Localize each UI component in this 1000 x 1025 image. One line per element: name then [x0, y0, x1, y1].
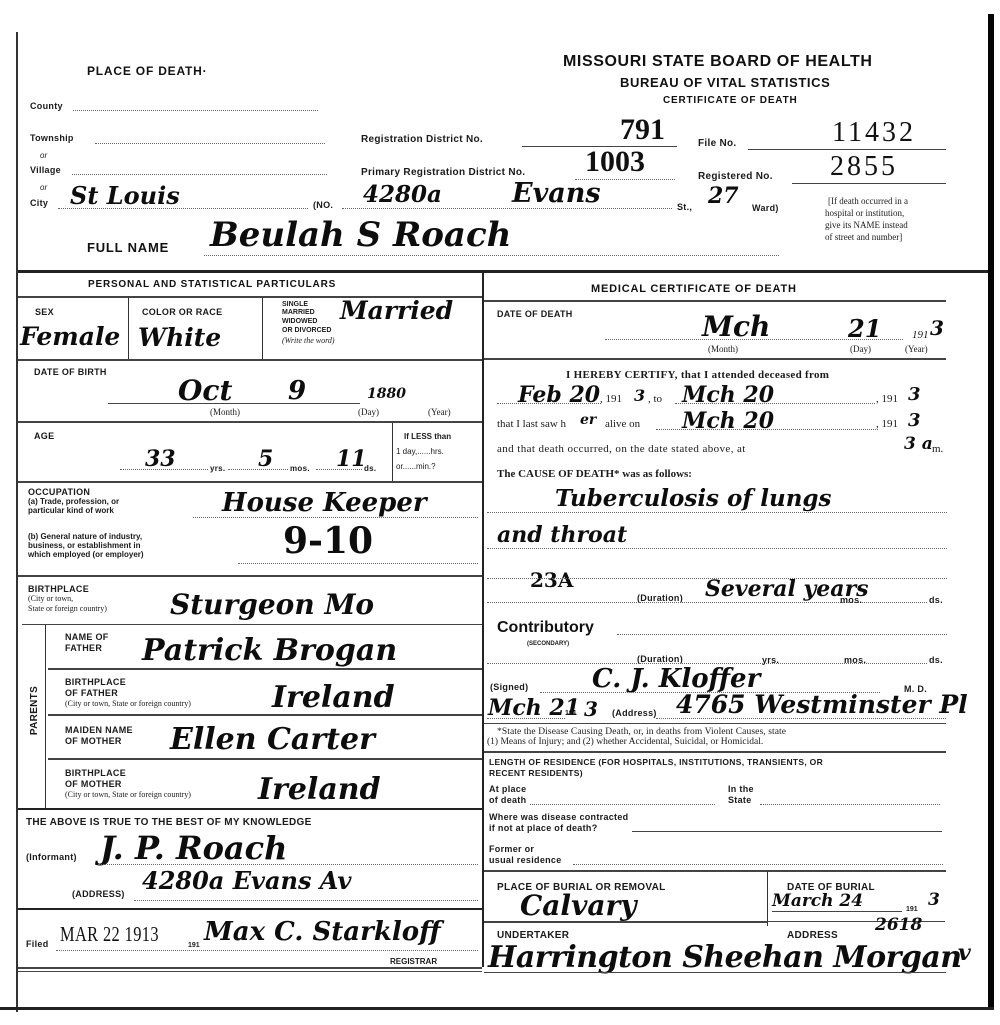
certify-statement: I HEREBY CERTIFY, that I attended deceas… [566, 369, 829, 381]
medical-rule-4 [484, 870, 946, 872]
filed-year-prefix: 191 [188, 941, 200, 950]
marital-option-divorced: OR DIVORCED [282, 327, 331, 335]
duration-mos-label: mos. [840, 595, 862, 605]
street-no-label: (NO. [313, 200, 333, 210]
informant-address-line[interactable] [134, 900, 478, 901]
age-less-divider [392, 423, 393, 481]
dob-label: DATE OF BIRTH [34, 367, 107, 377]
street-field-line[interactable] [342, 208, 672, 209]
township-label: Township [30, 133, 74, 143]
medical-rule-2 [484, 723, 946, 724]
father-name-value: Patrick Brogan [142, 633, 397, 668]
parents-rule-3 [48, 758, 482, 760]
attended-from-line[interactable] [497, 403, 601, 404]
contracted-label-2: if not at place of death? [489, 823, 598, 833]
time-of-death-value: 3 a [904, 434, 933, 454]
dod-label: DATE OF DEATH [497, 309, 573, 319]
last-saw-year-prefix: , 191 [876, 418, 898, 430]
occupation-b-line-3: which employed (or employer) [28, 550, 144, 559]
file-no-value: 11432 [832, 117, 916, 149]
burial-year-prefix: 191 [906, 905, 918, 914]
row-rule-2 [18, 421, 482, 423]
time-suffix: m. [932, 443, 943, 455]
file-no-label: File No. [698, 138, 737, 149]
sex-label: SEX [35, 307, 54, 317]
father-birthplace-value: Ireland [272, 680, 395, 715]
birthplace-value: Sturgeon Mo [170, 588, 374, 621]
cause-code-value: 23A [530, 568, 573, 592]
burial-place-value: Calvary [520, 889, 637, 922]
alive-on-label: alive on [605, 418, 640, 430]
from-year-suffix: 3 [634, 386, 645, 405]
county-label: County [30, 101, 63, 111]
row-rule-4 [18, 575, 482, 577]
burial-date-line[interactable] [772, 911, 902, 912]
age-mos-label: mos. [290, 464, 310, 473]
medical-address-label: (Address) [612, 708, 657, 718]
row-rule-1 [18, 359, 482, 361]
footnote-line-1: *State the Disease Causing Death, or, in… [497, 727, 786, 737]
burial-date-value: March 24 [772, 891, 863, 911]
row-rule-3 [18, 481, 482, 483]
mother-name-value: Ellen Carter [170, 722, 375, 757]
registration-district-label: Registration District No. [361, 134, 483, 145]
dob-day-value: 9 [288, 376, 306, 406]
industry-value: 9-10 [283, 520, 373, 562]
personal-section-title: PERSONAL AND STATISTICAL PARTICULARS [88, 279, 336, 290]
mother-birthplace-label-3: (City or town, State or foreign country) [65, 790, 191, 799]
duration-ds-label: ds. [929, 595, 943, 605]
certificate-title: CERTIFICATE OF DEATH [663, 95, 798, 106]
parents-inner-border [45, 625, 46, 808]
attended-from-value: Feb 20 [518, 382, 600, 408]
section-top-rule [18, 270, 988, 273]
medical-rule-3 [484, 751, 946, 753]
filed-bottom-rule-2 [18, 971, 482, 972]
dod-day-value: 21 [848, 314, 881, 343]
attended-to-line[interactable] [675, 403, 875, 404]
medical-rule-1 [484, 358, 946, 360]
informant-bottom-rule [18, 908, 482, 910]
parents-rule-1 [48, 668, 482, 670]
last-saw-year-suffix: 3 [908, 410, 921, 431]
dod-year-caption: (Year) [905, 344, 928, 354]
primary-district-value: 1003 [585, 145, 645, 179]
father-name-label-2: FATHER [65, 643, 102, 653]
informant-label: (Informant) [26, 852, 77, 862]
burial-place-rule [484, 921, 767, 923]
parents-bottom-rule [18, 808, 482, 810]
in-state-line[interactable] [760, 804, 940, 805]
duration2-yrs-label: yrs. [762, 655, 779, 665]
dob-year-caption: (Year) [428, 407, 451, 417]
medical-section-title: MEDICAL CERTIFICATE OF DEATH [591, 283, 797, 295]
at-place-label-2: of death [489, 795, 526, 805]
filed-label: Filed [26, 939, 49, 949]
sex-color-divider [128, 297, 129, 359]
attended-to-value: Mch 20 [682, 382, 774, 408]
filed-bottom-rule-1 [18, 967, 482, 969]
burial-divider [767, 871, 768, 926]
dod-year-prefix: 191 [912, 329, 929, 341]
to-year-suffix: 3 [908, 384, 921, 405]
registered-no-label: Registered No. [698, 171, 773, 182]
mother-name-label-1: MAIDEN NAME [65, 725, 133, 735]
contributory-line[interactable] [617, 634, 947, 635]
footnote-line-2: (1) Means of Injury; and (2) whether Acc… [487, 737, 763, 747]
marital-option-widowed: WIDOWED [282, 318, 317, 326]
duration2-ds-label: ds. [929, 655, 943, 665]
from-year-prefix: , 191 [600, 393, 622, 405]
less-than-line-2: 1 day,......hrs. [396, 447, 444, 456]
bureau-title: BUREAU OF VITAL STATISTICS [620, 75, 830, 90]
village-label: Village [30, 165, 61, 175]
informant-address-value: 4280a Evans Av [142, 866, 351, 895]
parents-side-label: PARENTS [29, 686, 40, 735]
less-than-line-1: If LESS than [404, 432, 451, 441]
row-rule-5 [22, 624, 482, 625]
dod-month-caption: (Month) [708, 344, 738, 354]
age-label: AGE [34, 431, 54, 441]
residence-title-1: LENGTH OF RESIDENCE (FOR HOSPITALS, INST… [489, 757, 823, 767]
dob-month-value: Oct [178, 374, 232, 407]
contributory-label: Contributory [497, 619, 594, 637]
mother-birthplace-value: Ireland [258, 772, 381, 807]
birthplace-sub-1: (City or town, [28, 594, 73, 603]
at-place-label-1: At place [489, 784, 526, 794]
registration-district-value: 791 [620, 113, 665, 147]
informant-statement: THE ABOVE IS TRUE TO THE BEST OF MY KNOW… [26, 817, 312, 828]
signed-year-suffix: 3 [584, 697, 598, 721]
in-state-label-2: State [728, 795, 752, 805]
dob-day-caption: (Day) [358, 407, 379, 417]
mother-name-label-2: OF MOTHER [65, 736, 122, 746]
age-days-line[interactable] [316, 469, 362, 470]
signed-year-prefix: 191 [565, 709, 577, 718]
age-years-line[interactable] [120, 469, 208, 470]
dod-month-value: Mch [702, 310, 770, 343]
file-no-line[interactable] [748, 149, 946, 150]
attended-to-label: , to [648, 393, 662, 405]
burial-year-suffix: 3 [928, 890, 940, 910]
birthplace-sub-2: State or foreign country) [28, 604, 107, 613]
industry-line[interactable] [238, 563, 478, 564]
medical-title-rule [484, 300, 946, 302]
form-bottom-border [0, 1007, 994, 1010]
street-number-value: 4280a [363, 181, 442, 208]
marital-option-married: MARRIED [282, 309, 315, 317]
street-st-label: St., [677, 202, 692, 212]
occupation-b-line-1: (b) General nature of industry, [28, 532, 142, 541]
duration2-mos-label: mos. [844, 655, 866, 665]
age-months-line[interactable] [228, 469, 288, 470]
father-name-label-1: NAME OF [65, 632, 109, 642]
cause-line-2-value: and throat [497, 522, 627, 548]
dod-day-caption: (Day) [850, 344, 871, 354]
city-label: City [30, 198, 48, 208]
hospital-note-line-1: [If death occurred in a [828, 196, 908, 206]
filed-date-stamp: MAR 22 1913 [60, 922, 159, 947]
occupation-a-line-2: particular kind of work [28, 506, 114, 515]
or-label-2: or [40, 183, 47, 192]
place-of-death-title: PLACE OF DEATH· [87, 64, 207, 78]
hospital-note-line-4: of street and number] [825, 232, 902, 242]
age-ds-label: ds. [364, 464, 376, 473]
registered-no-line[interactable] [792, 183, 946, 184]
cause-line-2[interactable] [487, 548, 947, 549]
registered-no-value: 2855 [830, 151, 898, 183]
marital-write-word-note: (Write the word) [282, 336, 335, 345]
father-birthplace-label-2: OF FATHER [65, 688, 118, 698]
informant-address-label: (ADDRESS) [72, 889, 125, 899]
contracted-label-1: Where was disease contracted [489, 812, 628, 822]
informant-line[interactable] [98, 864, 478, 865]
signed-date-line[interactable] [487, 718, 565, 719]
full-name-value: Beulah S Roach [210, 215, 511, 255]
contracted-line[interactable] [632, 831, 942, 832]
marital-option-single: SINGLE [282, 301, 308, 309]
mother-birthplace-label-2: OF MOTHER [65, 779, 122, 789]
occupation-b-line-2: business, or establishment in [28, 541, 140, 550]
dob-year-value: 1880 [367, 386, 406, 402]
full-name-label: FULL NAME [87, 240, 169, 255]
township-field-line[interactable] [95, 143, 325, 144]
dod-year-suffix: 3 [930, 316, 944, 340]
to-year-prefix: , 191 [876, 393, 898, 405]
street-name-value: Evans [512, 178, 601, 209]
ward-label: Ward) [752, 203, 779, 213]
parents-rule-2 [48, 714, 482, 716]
or-label-1: or [40, 151, 47, 160]
form-right-edge-bar [988, 14, 994, 1008]
father-birthplace-label-3: (City or town, State or foreign country) [65, 699, 191, 708]
secondary-label: (SECONDARY) [527, 640, 569, 649]
registrar-label: REGISTRAR [390, 957, 437, 966]
cause-line-1[interactable] [487, 512, 947, 513]
occupation-a-line-1: (a) Trade, profession, or [28, 497, 119, 506]
occupation-title: OCCUPATION [28, 487, 90, 497]
hospital-note-line-3: give its NAME instead [825, 220, 908, 230]
color-race-value: White [138, 323, 221, 352]
village-field-line[interactable] [72, 174, 327, 175]
signed-label: (Signed) [490, 682, 528, 692]
form-left-border [16, 32, 18, 1012]
occupation-value: House Keeper [222, 488, 427, 518]
father-birthplace-label-1: BIRTHPLACE [65, 677, 126, 687]
residence-title-2: RECENT RESIDENTS) [489, 768, 583, 778]
last-saw-date-value: Mch 20 [682, 408, 774, 434]
last-saw-line[interactable] [656, 429, 878, 430]
primary-district-label: Primary Registration District No. [361, 167, 525, 178]
sex-value: Female [20, 322, 120, 351]
undertaker-line[interactable] [484, 972, 946, 973]
county-field-line[interactable] [73, 110, 318, 111]
column-divider [482, 272, 484, 967]
ward-value: 27 [708, 183, 739, 209]
city-value: St Louis [70, 181, 180, 210]
former-residence-label-2: usual residence [489, 855, 562, 865]
color-marital-divider [262, 297, 263, 359]
full-name-line[interactable] [204, 255, 779, 256]
informant-name-value: J. P. Roach [100, 829, 287, 867]
dob-month-caption: (Month) [210, 407, 240, 417]
last-saw-pronoun: er [580, 412, 596, 428]
primary-district-line[interactable] [575, 179, 675, 180]
medical-address-value: 4765 Westminster Pl [676, 690, 968, 719]
occurred-statement: and that death occurred, on the date sta… [497, 443, 746, 455]
last-saw-label: that I last saw h [497, 418, 566, 430]
cause-line-1-value: Tuberculosis of lungs [555, 485, 831, 512]
hospital-note-line-2: hospital or institution, [825, 208, 904, 218]
filed-line[interactable] [56, 950, 478, 951]
less-than-line-3: or......min.? [396, 462, 436, 471]
at-place-line[interactable] [530, 804, 715, 805]
undertaker-value: Harrington Sheehan Morgan [488, 940, 962, 975]
age-yrs-label: yrs. [210, 464, 225, 473]
dob-line[interactable] [108, 403, 360, 404]
mother-birthplace-label-1: BIRTHPLACE [65, 768, 126, 778]
board-title: MISSOURI STATE BOARD OF HEALTH [563, 53, 873, 71]
birthplace-title: BIRTHPLACE [28, 584, 89, 594]
marital-status-value: Married [340, 296, 453, 325]
former-residence-line[interactable] [573, 864, 943, 865]
registrar-signature: Max C. Starkloff [204, 917, 441, 947]
former-residence-label-1: Former or [489, 844, 534, 854]
undertaker-address-value: 2618 [875, 915, 922, 935]
color-race-label: COLOR OR RACE [142, 307, 222, 317]
undertaker-suffix: v [958, 940, 971, 966]
in-state-label-1: In the [728, 784, 754, 794]
medical-address-line[interactable] [656, 718, 946, 719]
cause-of-death-label: The CAUSE OF DEATH* was as follows: [497, 468, 692, 480]
